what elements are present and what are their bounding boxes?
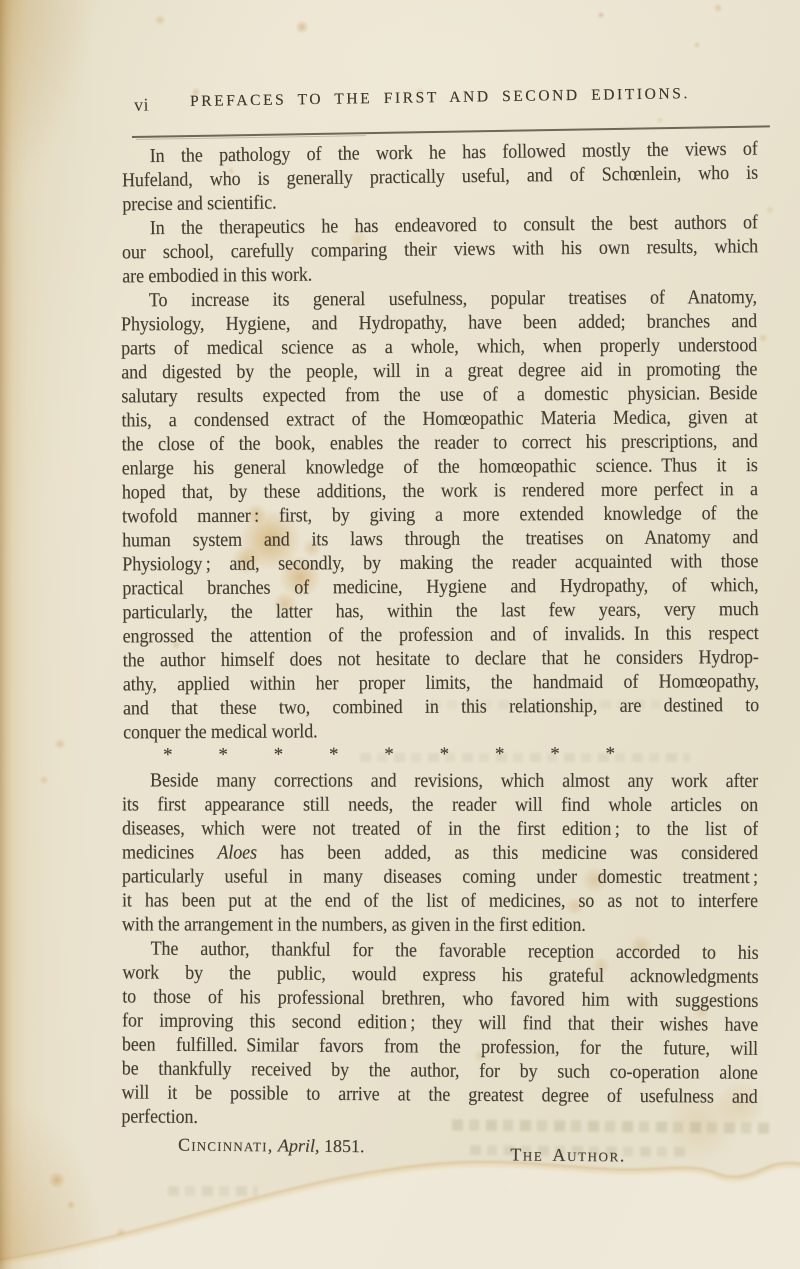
asterisk: * xyxy=(274,744,283,768)
foxing-stain xyxy=(597,11,605,19)
foxing-stain xyxy=(54,738,66,750)
foxing-stain xyxy=(48,1171,66,1189)
foxing-stain xyxy=(499,1184,511,1196)
text-line: Beside many corrections and revisions, w… xyxy=(122,767,758,794)
foxing-stain xyxy=(765,205,775,215)
asterisk: * xyxy=(440,744,449,768)
text-line: diseases, which were not treated of in t… xyxy=(122,815,758,842)
foxing-stain xyxy=(693,41,701,49)
foxing-stain xyxy=(295,20,309,34)
foxing-stain xyxy=(66,1200,76,1210)
paragraph: To increase its general usefulness, popu… xyxy=(121,285,759,744)
footer-row: Cincinnati, April, 1851. The Author. xyxy=(122,1134,758,1170)
page-number: vi xyxy=(134,95,149,116)
text-line: particularly useful in many diseases com… xyxy=(122,863,758,890)
bleed-through-text xyxy=(168,1186,258,1196)
foxing-stain xyxy=(713,3,723,13)
asterisk: * xyxy=(218,744,227,768)
text-line: perfection. xyxy=(121,1103,757,1134)
dateline-place: Cincinnati, xyxy=(178,1134,274,1155)
asterisk: * xyxy=(384,744,393,768)
dateline: Cincinnati, April, 1851. xyxy=(178,1134,365,1157)
text-line: medicines Aloes has been added, as this … xyxy=(122,839,758,866)
asterisk: * xyxy=(163,745,172,769)
text-line: conquer the medical world. xyxy=(123,715,759,745)
foxing-stain xyxy=(154,14,166,26)
dateline-year: 1851. xyxy=(324,1136,365,1156)
foxing-stain xyxy=(758,333,768,343)
text-line: with the arrangement in the numbers, as … xyxy=(122,911,758,938)
paragraph: In the pathology of the work he has foll… xyxy=(122,136,759,216)
foxing-stain xyxy=(39,775,49,785)
asterisk: * xyxy=(329,744,338,768)
foxing-stain xyxy=(115,1227,127,1239)
book-page: vi PREFACES TO THE FIRST AND SECOND EDIT… xyxy=(0,0,800,1269)
foxing-stain xyxy=(656,116,664,124)
section-break-asterisks: ********* xyxy=(163,743,615,768)
text-line: its first appearance still needs, the re… xyxy=(122,791,758,818)
asterisk: * xyxy=(605,743,614,767)
running-head: PREFACES TO THE FIRST AND SECOND EDITION… xyxy=(122,82,758,112)
running-head-row: vi PREFACES TO THE FIRST AND SECOND EDIT… xyxy=(122,82,758,116)
asterisk: * xyxy=(495,744,504,768)
signature: The Author. xyxy=(510,1144,626,1166)
asterisk: * xyxy=(550,744,559,768)
paragraph: The author, thankful for the favorable r… xyxy=(121,936,758,1132)
text-line: it has been put at the end of the list o… xyxy=(122,887,758,914)
preface-text: In the pathology of the work he has foll… xyxy=(122,144,758,1128)
dateline-month: April, xyxy=(278,1135,320,1155)
paragraph: In the therapeutics he has endeavored to… xyxy=(122,210,759,288)
paragraph: Beside many corrections and revisions, w… xyxy=(122,768,758,937)
